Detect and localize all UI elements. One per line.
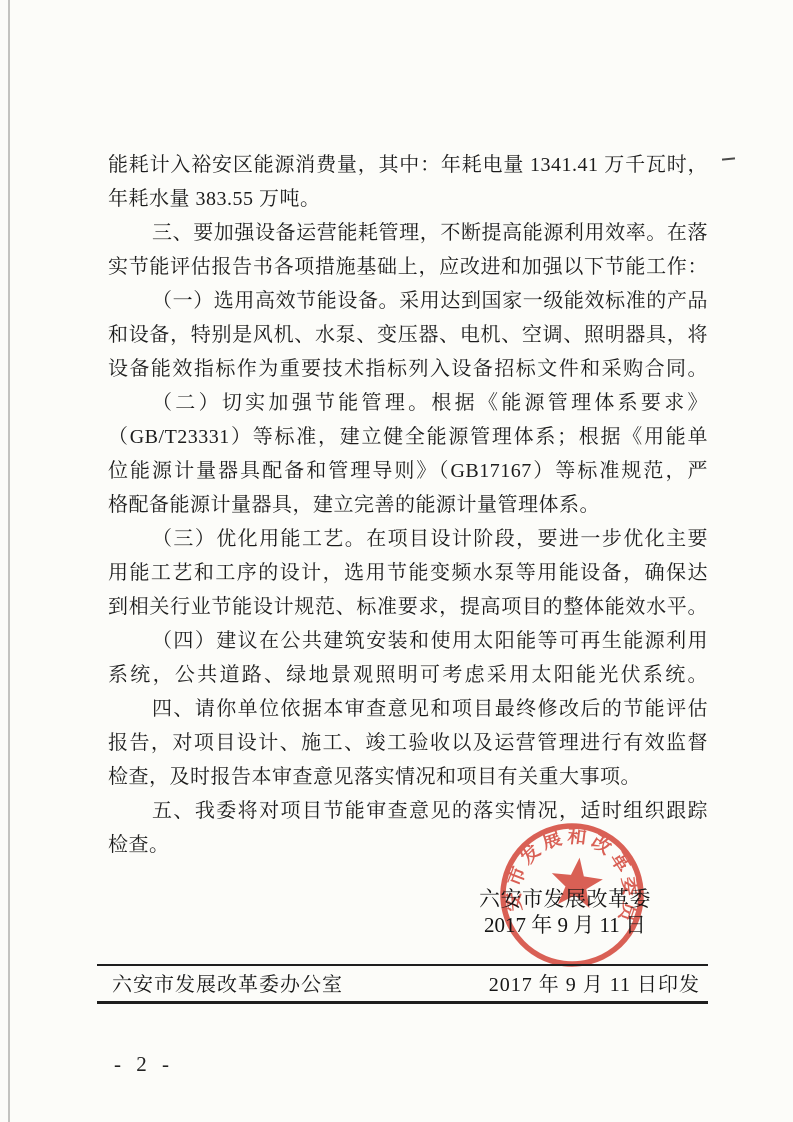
body-text-line: 能耗计入裕安区能源消费量，其中：年耗电量 1341.41 万千瓦时， — [108, 148, 708, 182]
body-text-line: 四、请你单位依据本审查意见和项目最终修改后的节能评估 — [108, 692, 708, 726]
scan-dash-mark — [722, 157, 735, 160]
body-text-line: 格配备能源计量器具，建立完善的能源计量管理体系。 — [108, 488, 708, 522]
document-page: 能耗计入裕安区能源消费量，其中：年耗电量 1341.41 万千瓦时， 年耗水量 … — [0, 0, 793, 1122]
body-text-line: （GB/T23331）等标准，建立健全能源管理体系；根据《用能单 — [108, 420, 708, 454]
body-text-line: 用能工艺和工序的设计，选用节能变频水泵等用能设备，确保达 — [108, 556, 708, 590]
body-text-line: 实节能评估报告书各项措施基础上，应改进和加强以下节能工作： — [108, 250, 708, 284]
body-text-line: 三、要加强设备运营能耗管理，不断提高能源利用效率。在落 — [108, 216, 708, 250]
signature-date: 2017 年 9 月 11 日 — [425, 912, 705, 938]
body-text-line: （四）建议在公共建筑安装和使用太阳能等可再生能源利用 — [108, 624, 708, 658]
footer-issuing-office: 六安市发展改革委办公室 — [112, 973, 343, 997]
body-text-line: 年耗水量 383.55 万吨。 — [108, 182, 708, 216]
signature-block: 六安市发展改革委 2017 年 9 月 11 日 — [425, 886, 705, 938]
body-text-line: 系统，公共道路、绿地景观照明可考虑采用太阳能光伏系统。 — [108, 658, 708, 692]
footer-top-rule — [97, 964, 708, 966]
body-text-line: 报告，对项目设计、施工、竣工验收以及运营管理进行有效监督 — [108, 726, 708, 760]
body-text-line: （一）选用高效节能设备。采用达到国家一级能效标准的产品 — [108, 284, 708, 318]
body-text-line: 检查，及时报告本审查意见落实情况和项目有关重大事项。 — [108, 760, 708, 794]
body-text-line: （二）切实加强节能管理。根据《能源管理体系要求》 — [108, 386, 708, 420]
footer-print-date: 2017 年 9 月 11 日印发 — [489, 973, 700, 997]
document-body-text: 能耗计入裕安区能源消费量，其中：年耗电量 1341.41 万千瓦时， 年耗水量 … — [108, 148, 708, 862]
footer-bottom-rule — [97, 1001, 708, 1004]
page-number: - 2 - — [114, 1051, 174, 1077]
scan-edge-line — [8, 0, 10, 1122]
body-text-line: 和设备，特别是风机、水泵、变压器、电机、空调、照明器具，将 — [108, 318, 708, 352]
signature-org-name: 六安市发展改革委 — [425, 886, 705, 912]
body-text-line: （三）优化用能工艺。在项目设计阶段，要进一步优化主要 — [108, 522, 708, 556]
body-text-line: 到相关行业节能设计规范、标准要求，提高项目的整体能效水平。 — [108, 590, 708, 624]
body-text-line: 设备能效指标作为重要技术指标列入设备招标文件和采购合同。 — [108, 352, 708, 386]
body-text-line: 位能源计量器具配备和管理导则》（GB17167）等标准规范，严 — [108, 454, 708, 488]
